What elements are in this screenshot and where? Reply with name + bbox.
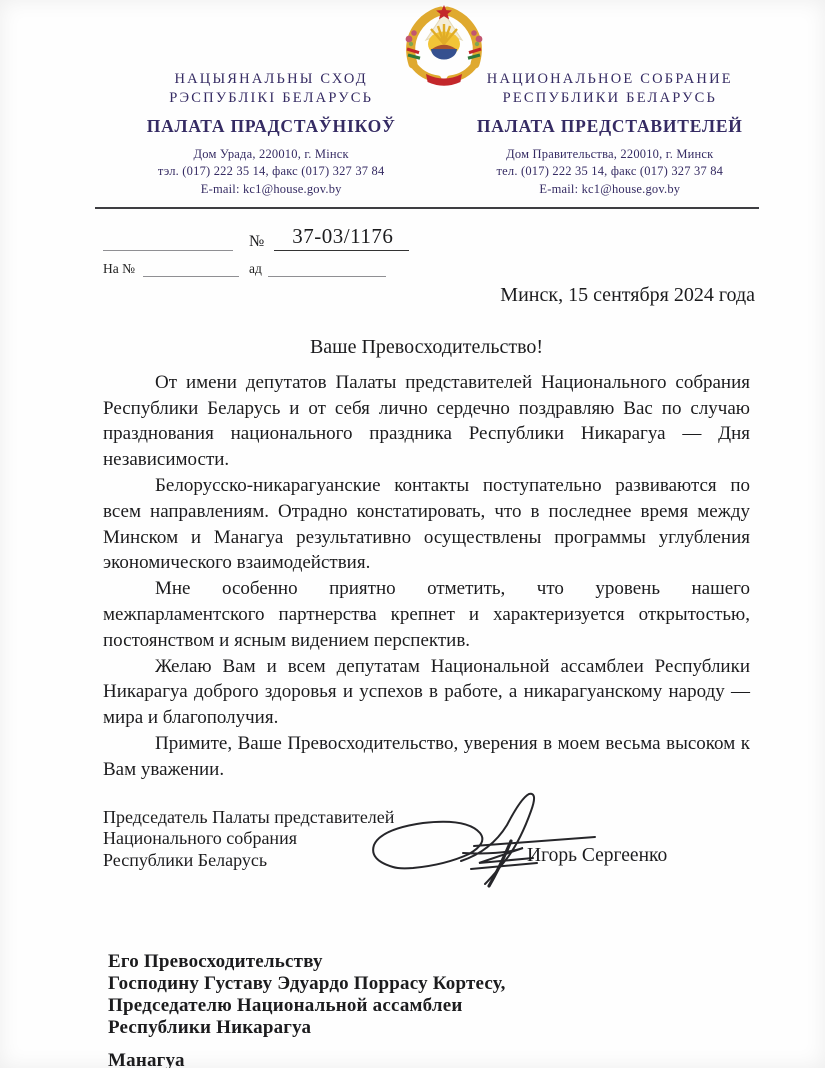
on-number-label: На № bbox=[103, 261, 135, 277]
paragraph-5: Примите, Ваше Превосходительство, уверен… bbox=[103, 731, 750, 783]
letter-page: НАЦЫЯНАЛЬНЫ СХОД РЭСПУБЛІКІ БЕЛАРУСЬ ПАЛ… bbox=[0, 0, 825, 1068]
signature-block: Председатель Палаты представителей Нацио… bbox=[103, 793, 825, 895]
org-name-line2-by: РЭСПУБЛІКІ БЕЛАРУСЬ bbox=[118, 89, 424, 108]
chamber-name-ru: ПАЛАТА ПРЕДСТАВИТЕЛЕЙ bbox=[457, 116, 763, 137]
address-by: Дом Урада, 220010, г. Мінск bbox=[118, 146, 424, 163]
paragraph-3: Мне особенно приятно отметить, что урове… bbox=[103, 576, 750, 653]
addressee-name: Господину Густаву Эдуардо Поррасу Кортес… bbox=[108, 973, 825, 995]
reference-number-row: № 37-03/1176 bbox=[103, 224, 825, 251]
blank-incoming-number bbox=[143, 262, 239, 277]
addressee-city: Манагуа bbox=[108, 1050, 825, 1068]
address-ru: Дом Правительства, 220010, г. Минск bbox=[457, 146, 763, 163]
place-date-line: Минск, 15 сентября 2024 года bbox=[0, 284, 755, 307]
signer-title-line3: Республики Беларусь bbox=[103, 850, 394, 872]
incoming-reference-row: На № ад bbox=[103, 261, 825, 277]
outgoing-number: 37-03/1176 bbox=[274, 224, 409, 251]
letterhead: НАЦЫЯНАЛЬНЫ СХОД РЭСПУБЛІКІ БЕЛАРУСЬ ПАЛ… bbox=[118, 70, 763, 198]
chamber-name-by: ПАЛАТА ПРАДСТАЎНІКОЎ bbox=[118, 116, 424, 137]
from-date-label: ад bbox=[249, 261, 262, 277]
addressee-honorific: Его Превосходительству bbox=[108, 951, 825, 973]
phone-fax-by: тэл. (017) 222 35 14, факс (017) 327 37 … bbox=[118, 163, 424, 180]
paragraph-4: Желаю Вам и всем депутатам Национальной … bbox=[103, 654, 750, 731]
addressee-country: Республики Никарагуа bbox=[108, 1017, 825, 1039]
letterhead-divider bbox=[95, 207, 759, 209]
org-name-line1-by: НАЦЫЯНАЛЬНЫ СХОД bbox=[118, 70, 424, 89]
signer-title-line2: Национального собрания bbox=[103, 828, 394, 850]
letterhead-russian: НАЦИОНАЛЬНОЕ СОБРАНИЕ РЕСПУБЛИКИ БЕЛАРУС… bbox=[457, 70, 763, 198]
letterhead-belarusian: НАЦЫЯНАЛЬНЫ СХОД РЭСПУБЛІКІ БЕЛАРУСЬ ПАЛ… bbox=[118, 70, 424, 198]
signer-name: Игорь Сергеенко bbox=[527, 845, 667, 867]
phone-fax-ru: тел. (017) 222 35 14, факс (017) 327 37 … bbox=[457, 163, 763, 180]
salutation: Ваше Превосходительство! bbox=[103, 336, 750, 359]
org-name-line2-ru: РЕСПУБЛИКИ БЕЛАРУСЬ bbox=[457, 89, 763, 108]
addressee-title: Председателю Национальной ассамблеи bbox=[108, 995, 825, 1017]
blank-date-line bbox=[103, 230, 233, 251]
email-ru: E-mail: kc1@house.gov.by bbox=[457, 181, 763, 198]
addressee-block: Его Превосходительству Господину Густаву… bbox=[108, 951, 825, 1068]
paragraph-1: От имени депутатов Палаты представителей… bbox=[103, 370, 750, 473]
letter-body: От имени депутатов Палаты представителей… bbox=[103, 370, 750, 783]
blank-incoming-date bbox=[268, 262, 386, 277]
email-by: E-mail: kc1@house.gov.by bbox=[118, 181, 424, 198]
signer-title: Председатель Палаты представителей Нацио… bbox=[103, 807, 394, 872]
paragraph-2: Белорусско-никарагуанские контакты посту… bbox=[103, 473, 750, 576]
handwritten-signature bbox=[361, 789, 603, 893]
org-name-line1-ru: НАЦИОНАЛЬНОЕ СОБРАНИЕ bbox=[457, 70, 763, 89]
number-sign: № bbox=[249, 233, 264, 251]
belarus-coat-of-arms-icon bbox=[399, 4, 489, 88]
signer-title-line1: Председатель Палаты представителей bbox=[103, 807, 394, 829]
